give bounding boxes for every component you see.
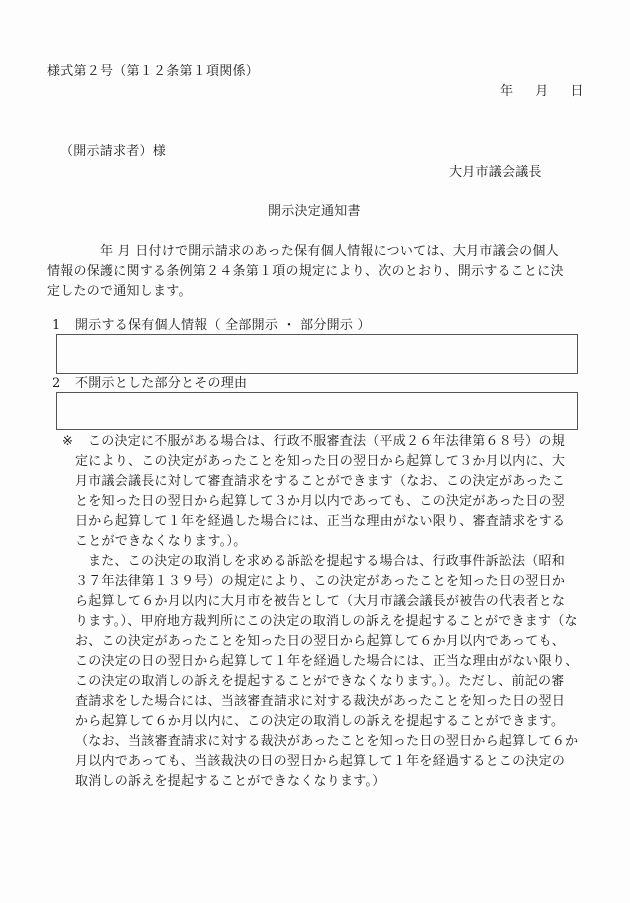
note-line: ら起算して６か月以内に大月市を被告として（大月市議会議長が被告の代表者とな [75, 594, 565, 610]
intro-line: 年 月 日付けで開示請求のあった保有個人情報については、大月市議会の個人 [100, 244, 559, 260]
section1-number: 1 [52, 318, 61, 334]
note-line: （なお、当該審査請求に対する裁決があったことを知った日の翌日から起算して６か [75, 734, 578, 750]
note-line: ３７年法律第１３９号）の規定により、この決定があったことを知った日の翌日か [75, 574, 565, 590]
note-line: ことができなくなります。）。 [75, 534, 246, 550]
intro-line: 情報の保護に関する条例第２４条第１項の規定により、次のとおり、開示することに決 [47, 264, 564, 280]
section1-field[interactable] [56, 334, 578, 374]
date-line: 年月日 [500, 84, 584, 100]
note-line: この決定の日の翌日から起算して１年を経過した場合には、正当な理由がない限り、 [75, 654, 579, 670]
section2-number: 2 [52, 376, 61, 392]
note-line: また、この決定の取消しを求める訴訟を提起する場合は、行政事件訴訟法（昭和 [88, 554, 565, 570]
form-number: 様式第２号（第１２条第１項関係） [47, 64, 259, 80]
note-line: ります。）、甲府地方裁判所にこの決定の取消しの訴えを提起することができます（な [75, 614, 578, 630]
note-line: 日から起算して１年を経過した場合には、正当な理由がない限り、審査請求をする [75, 514, 565, 530]
section1-label: 開示する保有個人情報（ 全部開示 ・ 部分開示 ） [75, 318, 371, 334]
note-line: とを知った日の翌日から起算して３か月以内であっても、この決定があった日の翌 [75, 494, 565, 510]
recipient: （開示請求者）様 [60, 144, 166, 160]
note-line: お、この決定があったことを知った日の翌日から起算して６か月以内であっても、 [75, 634, 565, 650]
note-line: 査請求をした場合には、当該審査請求に対する裁決があったことを知った日の翌日 [75, 694, 565, 710]
note-line: 月以内であっても、当該裁決の日の翌日から起算して１年を経過するとこの決定の [75, 754, 565, 770]
section2-field[interactable] [56, 392, 578, 430]
intro-line: 定したので通知します。 [47, 284, 192, 300]
document-title: 開示決定通知書 [268, 204, 361, 220]
note-line: この決定の取消しの訴えを提起することができなくなります。）。ただし、前記の審 [75, 674, 564, 690]
note-line: から起算して６か月以内に、この決定の取消しの訴えを提起することができます。 [75, 714, 564, 730]
date-year: 年 [500, 84, 513, 100]
note-line: 取消しの訴えを提起することができなくなります。） [75, 774, 385, 790]
note-line: 月市議会議長に対して審査請求をすることができます（なお、この決定があったこ [75, 474, 565, 490]
note-line: 定により、この決定があったことを知った日の翌日から起算して３か月以内に、大 [75, 454, 565, 470]
note-line: この決定に不服がある場合は、行政不服審査法（平成２６年法律第６８号）の規 [88, 434, 565, 450]
section2-label: 不開示とした部分とその理由 [75, 376, 247, 392]
sender: 大月市議会議長 [449, 165, 542, 181]
date-day: 日 [571, 84, 584, 100]
note-mark: ※ [62, 434, 73, 450]
date-month: 月 [535, 84, 548, 100]
